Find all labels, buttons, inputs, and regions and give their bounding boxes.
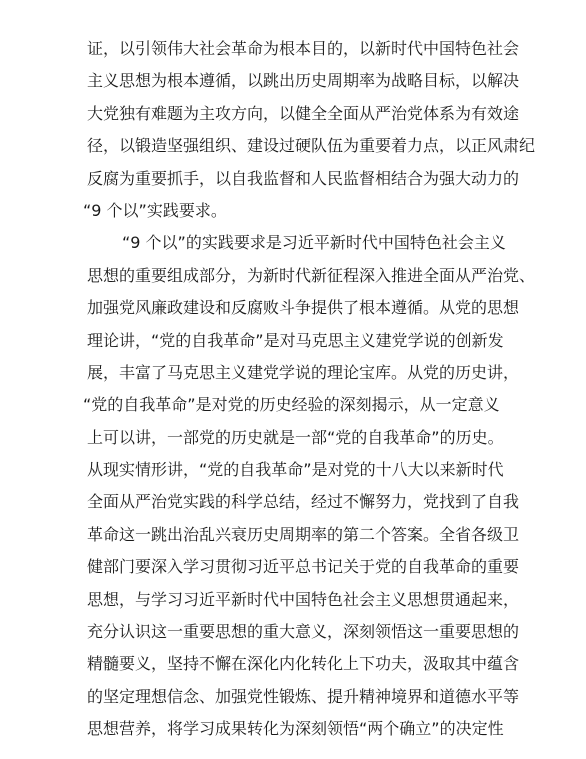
text-line: 的坚定理想信念、加强党性锻炼、提升精神境界和道德水平等: [87, 681, 491, 713]
text-line: 主义思想为根本遵循，以跳出历史周期率为战略目标，以解决: [87, 65, 491, 97]
text-line: 思想的重要组成部分，为新时代新征程深入推进全面从严治党、: [87, 260, 491, 292]
text-line: 反腐为重要抓手，以自我监督和人民监督相结合为强大动力的: [87, 163, 491, 195]
text-line: “9 个以”实践要求。: [83, 195, 491, 227]
text-line: 充分认识这一重要思想的重大意义，深刻领悟这一重要思想的: [87, 616, 491, 648]
paragraph-2: “9 个以”的实践要求是习近平新时代中国特色社会主义 思想的重要组成部分，为新时…: [87, 227, 491, 745]
text-line: 上可以讲，一部党的历史就是一部“党的自我革命”的历史。: [87, 422, 491, 454]
text-line: 健部门要深入学习贯彻习近平总书记关于党的自我革命的重要: [87, 551, 491, 583]
text-line: “9 个以”的实践要求是习近平新时代中国特色社会主义: [87, 227, 491, 259]
text-line: 思想，与学习习近平新时代中国特色社会主义思想贯通起来，: [87, 584, 491, 616]
text-line: 大党独有难题为主攻方向，以健全全面从严治党体系为有效途: [87, 98, 491, 130]
document-page: 证，以引领伟大社会革命为根本目的，以新时代中国特色社会 主义思想为根本遵循，以跳…: [0, 0, 586, 759]
text-line: 从现实情形讲，“党的自我革命”是对党的十八大以来新时代: [87, 454, 491, 486]
text-line: 革命这一跳出治乱兴衰历史周期率的第二个答案。全省各级卫: [87, 519, 491, 551]
text-line: 展，丰富了马克思主义建党学说的理论宝库。从党的历史讲，: [87, 357, 491, 389]
paragraph-1: 证，以引领伟大社会革命为根本目的，以新时代中国特色社会 主义思想为根本遵循，以跳…: [87, 33, 491, 227]
text-line: 思想营养，将学习成果转化为深刻领悟“两个确立”的决定性: [87, 713, 491, 745]
body-text: 证，以引领伟大社会革命为根本目的，以新时代中国特色社会 主义思想为根本遵循，以跳…: [87, 33, 491, 746]
text-line: 理论讲，“党的自我革命”是对马克思主义建党学说的创新发: [87, 325, 491, 357]
text-line: 证，以引领伟大社会革命为根本目的，以新时代中国特色社会: [87, 33, 491, 65]
text-line: 全面从严治党实践的科学总结，经过不懈努力，党找到了自我: [87, 486, 491, 518]
text-line: 精髓要义，坚持不懈在深化内化转化上下功夫，汲取其中蕴含: [87, 648, 491, 680]
text-line: “党的自我革命”是对党的历史经验的深刻揭示，从一定意义: [83, 389, 491, 421]
text-line: 径，以锻造坚强组织、建设过硬队伍为重要着力点，以正风肃纪: [87, 130, 491, 162]
text-line: 加强党风廉政建设和反腐败斗争提供了根本遵循。从党的思想: [87, 292, 491, 324]
